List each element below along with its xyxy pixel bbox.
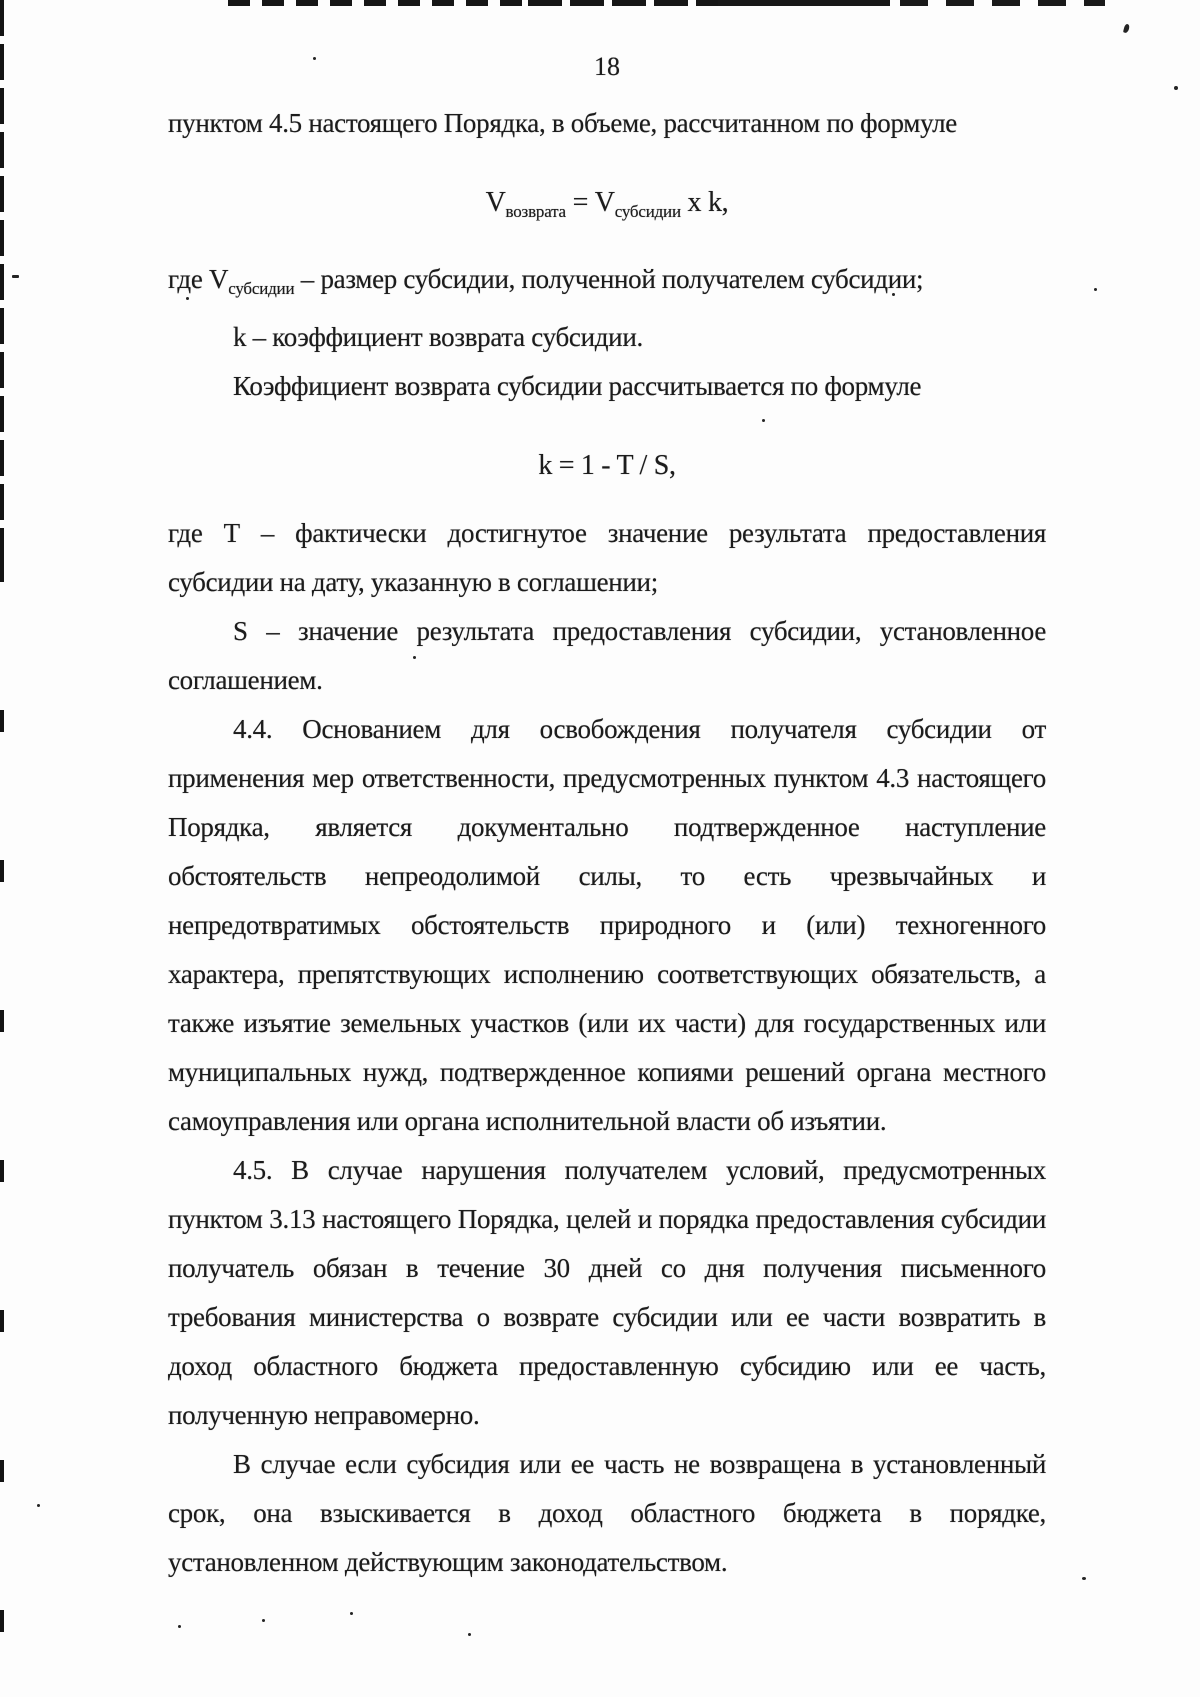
scan-artifact-left-edge	[0, 0, 4, 560]
text-run: доход областного бюджета предоставленную…	[168, 1351, 1046, 1381]
text-line: Порядка, является документально подтверж…	[168, 803, 1046, 852]
text-line: В случае если субсидия или ее часть не в…	[168, 1440, 1046, 1489]
text-line: также изъятие земельных участков (или их…	[168, 999, 1046, 1048]
text-run: V	[486, 187, 506, 218]
text-run: Порядка, является документально подтверж…	[168, 812, 1046, 842]
scan-artifact-top-band	[528, 0, 718, 6]
text-run: полученную неправомерно.	[168, 1400, 479, 1430]
scanned-document-page: 18 пунктом 4.5 настоящего Порядка, в объ…	[0, 0, 1200, 1697]
text-run: также изъятие земельных участков (или их…	[168, 1008, 1046, 1038]
text-line: доход областного бюджета предоставленную…	[168, 1342, 1046, 1391]
text-run: 4.5. В случае нарушения получателем усло…	[233, 1155, 1046, 1185]
text-run: = V	[566, 187, 615, 218]
text-run: В случае если субсидия или ее часть не в…	[233, 1449, 1046, 1479]
formula-line: k = 1 - T / S,	[168, 441, 1046, 490]
text-line: 4.4. Основанием для освобождения получат…	[168, 705, 1046, 754]
scan-artifact-top-band	[228, 0, 528, 6]
scan-speckle	[1174, 86, 1178, 90]
text-run: где Т – фактически достигнутое значение …	[168, 518, 1046, 548]
text-run: соглашением.	[168, 665, 323, 695]
text-line: пунктом 3.13 настоящего Порядка, целей и…	[168, 1195, 1046, 1244]
text-run: субсидии на дату, указанную в соглашении…	[168, 567, 658, 597]
formula-subscript: субсидии	[615, 202, 681, 221]
text-line: установленном действующим законодательст…	[168, 1538, 1046, 1587]
scan-speckle	[1123, 24, 1130, 34]
scan-speckle	[468, 1633, 471, 1636]
text-line: характера, препятствующих исполнению соо…	[168, 950, 1046, 999]
text-run: требования министерства о возврате субси…	[168, 1302, 1046, 1332]
text-line: где Т – фактически достигнутое значение …	[168, 509, 1046, 558]
text-line: получатель обязан в течение 30 дней со д…	[168, 1244, 1046, 1293]
formula-subscript: субсидии	[228, 279, 294, 298]
text-run: установленном действующим законодательст…	[168, 1547, 727, 1577]
text-run: – размер субсидии, полученной получателе…	[294, 264, 923, 294]
scan-speckle	[1082, 1577, 1086, 1580]
scan-speckle	[1094, 288, 1097, 291]
page-number: 18	[168, 52, 1046, 82]
text-run: пунктом 4.5 настоящего Порядка, в объеме…	[168, 108, 957, 138]
scan-artifact-left-edge	[0, 560, 4, 1697]
formula-subscript: возврата	[506, 202, 566, 221]
text-run: S – значение результата предоставления с…	[233, 616, 1046, 646]
scan-artifact-top-band	[718, 0, 890, 6]
document-text-block: пунктом 4.5 настоящего Порядка, в объеме…	[168, 99, 1046, 1587]
scan-speckle	[350, 1612, 353, 1615]
text-run: характера, препятствующих исполнению соо…	[168, 959, 1046, 989]
text-run: срок, она взыскивается в доход областног…	[168, 1498, 1046, 1528]
text-line: обстоятельств непреодолимой силы, то ест…	[168, 852, 1046, 901]
text-line: где Vсубсидии – размер субсидии, получен…	[168, 255, 1046, 313]
text-line: соглашением.	[168, 656, 1046, 705]
text-run: обстоятельств непреодолимой силы, то ест…	[168, 861, 1046, 891]
text-line: самоуправления или органа исполнительной…	[168, 1097, 1046, 1146]
text-run: k – коэффициент возврата субсидии.	[233, 322, 643, 352]
scan-speckle	[12, 275, 19, 278]
formula-line: Vвозврата = Vсубсидии x k,	[168, 178, 1046, 236]
scan-artifact-top-band	[900, 0, 1105, 6]
text-line: Коэффициент возврата субсидии рассчитыва…	[168, 362, 1046, 411]
text-run: применения мер ответственности, предусмо…	[168, 763, 1046, 793]
text-line: срок, она взыскивается в доход областног…	[168, 1489, 1046, 1538]
text-run: пунктом 3.13 настоящего Порядка, целей и…	[168, 1204, 1046, 1234]
text-run: x k,	[681, 187, 729, 218]
text-run: k = 1 - T / S,	[538, 450, 675, 481]
text-line: субсидии на дату, указанную в соглашении…	[168, 558, 1046, 607]
text-line: 4.5. В случае нарушения получателем усло…	[168, 1146, 1046, 1195]
text-line: k – коэффициент возврата субсидии.	[168, 313, 1046, 362]
text-line: непредотвратимых обстоятельств природног…	[168, 901, 1046, 950]
text-line: пунктом 4.5 настоящего Порядка, в объеме…	[168, 99, 1046, 148]
text-line: применения мер ответственности, предусмо…	[168, 754, 1046, 803]
text-run: где V	[168, 264, 228, 294]
scan-speckle	[262, 1619, 265, 1622]
scan-speckle	[37, 1504, 40, 1507]
text-run: самоуправления или органа исполнительной…	[168, 1106, 886, 1136]
scan-speckle	[178, 1625, 181, 1628]
text-run: непредотвратимых обстоятельств природног…	[168, 910, 1046, 940]
text-run: муниципальных нужд, подтвержденное копия…	[168, 1057, 1046, 1087]
text-run: Коэффициент возврата субсидии рассчитыва…	[233, 371, 921, 401]
text-line: муниципальных нужд, подтвержденное копия…	[168, 1048, 1046, 1097]
text-line: требования министерства о возврате субси…	[168, 1293, 1046, 1342]
text-line: полученную неправомерно.	[168, 1391, 1046, 1440]
text-run: 4.4. Основанием для освобождения получат…	[233, 714, 1046, 744]
text-line: S – значение результата предоставления с…	[168, 607, 1046, 656]
text-run: получатель обязан в течение 30 дней со д…	[168, 1253, 1046, 1283]
